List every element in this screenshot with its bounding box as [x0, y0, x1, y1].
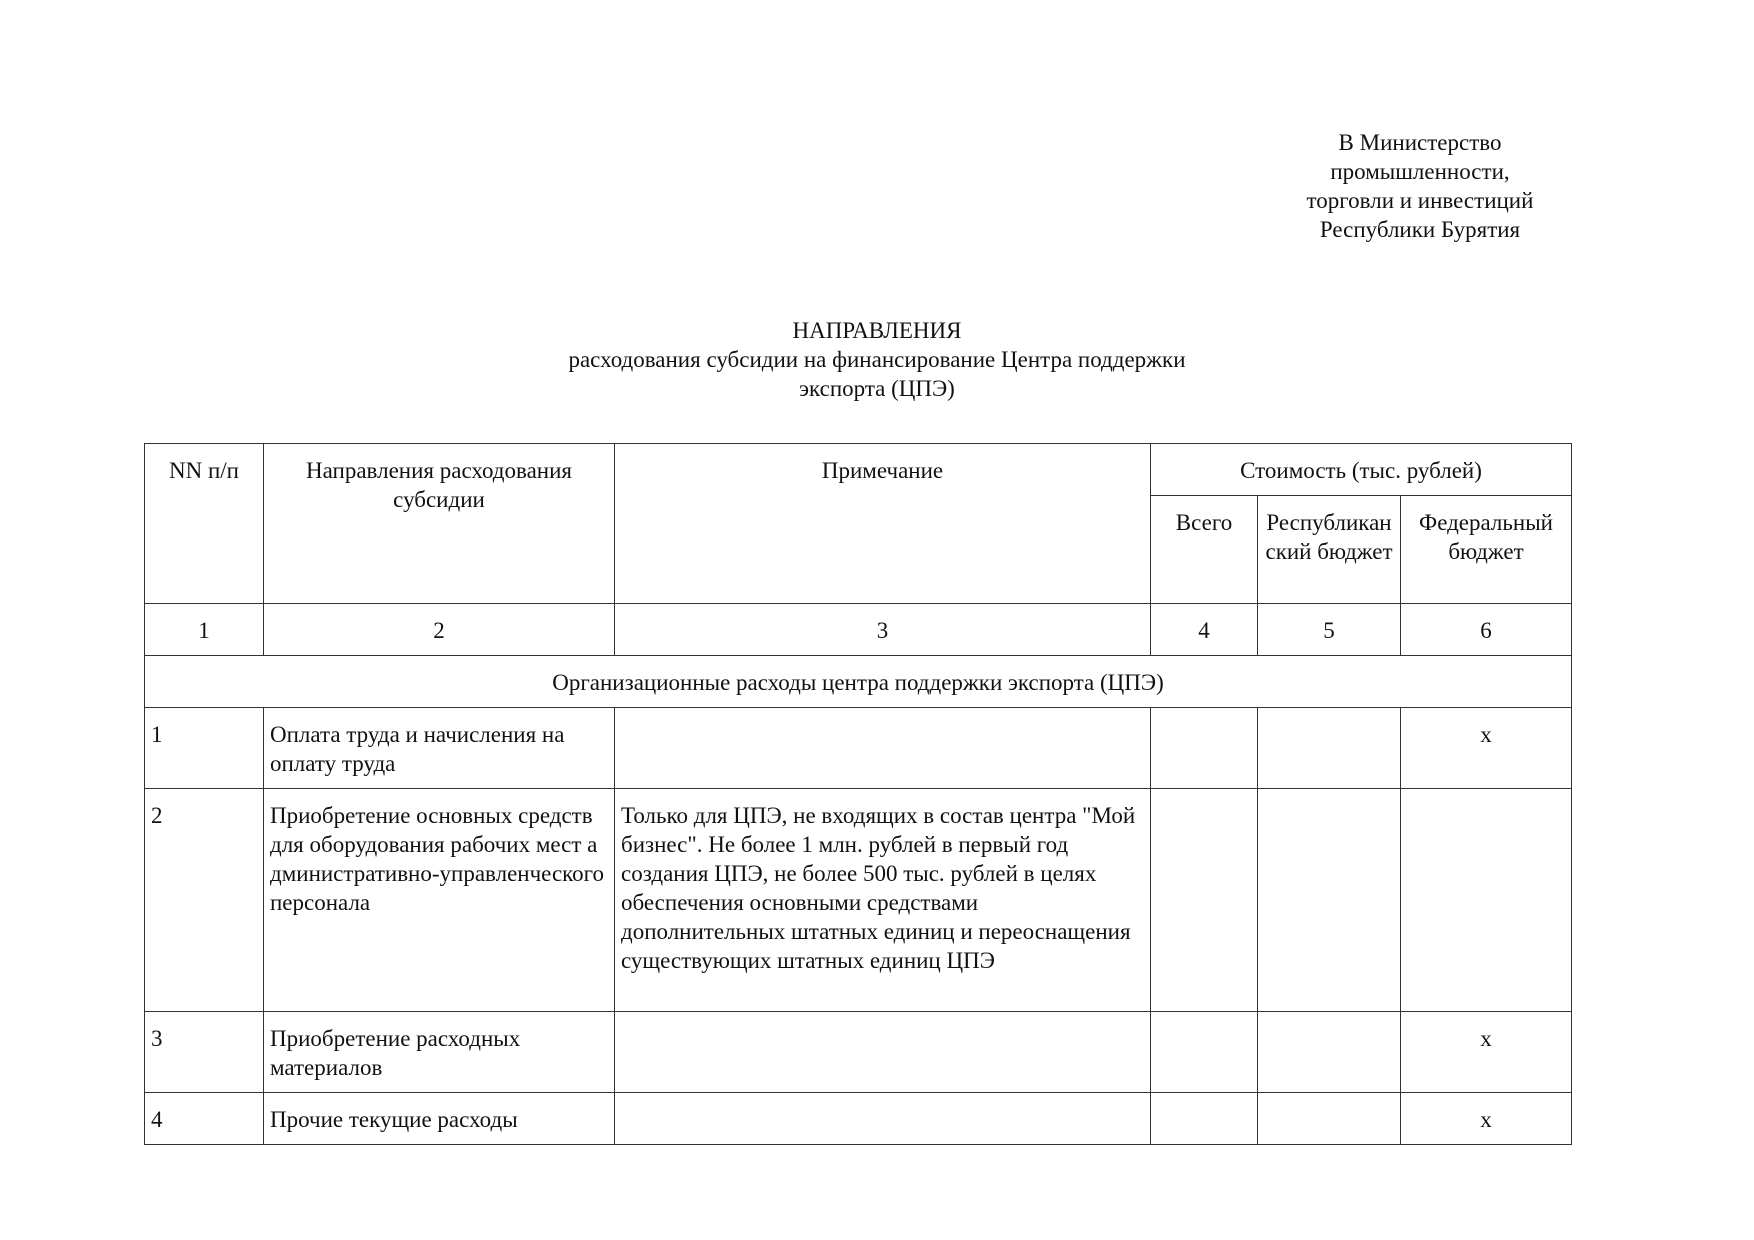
- title-subtitle-line-2: экспорта (ЦПЭ): [0, 374, 1754, 403]
- row-federal-budget: [1401, 789, 1572, 1012]
- header-row: NN п/п Направления расходования субсидии…: [145, 444, 1572, 496]
- table-row: 4 Прочие текущие расходы х: [145, 1093, 1572, 1145]
- row-total: [1151, 708, 1258, 789]
- row-federal-budget: х: [1401, 1093, 1572, 1145]
- title-heading: НАПРАВЛЕНИЯ: [0, 316, 1754, 345]
- row-direction: Приобретение основных средств для оборуд…: [264, 789, 615, 1012]
- column-number: 1: [145, 604, 264, 656]
- row-federal-budget: х: [1401, 1012, 1572, 1093]
- addressee-line: торговли и инвестиций: [1270, 186, 1570, 215]
- column-numbers-row: 1 2 3 4 5 6: [145, 604, 1572, 656]
- column-number: 5: [1258, 604, 1401, 656]
- row-republic-budget: [1258, 1093, 1401, 1145]
- row-republic-budget: [1258, 708, 1401, 789]
- addressee-block: В Министерство промышленности, торговли …: [1270, 128, 1570, 244]
- row-number: 2: [145, 789, 264, 1012]
- row-note: [615, 1093, 1151, 1145]
- row-number: 3: [145, 1012, 264, 1093]
- row-note: [615, 1012, 1151, 1093]
- section-title: Организационные расходы центра поддержки…: [145, 656, 1572, 708]
- header-total: Всего: [1151, 496, 1258, 604]
- row-direction: Прочие текущие расходы: [264, 1093, 615, 1145]
- table-row: 3 Приобретение расходных материалов х: [145, 1012, 1572, 1093]
- addressee-line: В Министерство: [1270, 128, 1570, 157]
- document-title: НАПРАВЛЕНИЯ расходования субсидии на фин…: [0, 316, 1754, 403]
- row-republic-budget: [1258, 1012, 1401, 1093]
- header-federal-budget: Федеральный бюджет: [1401, 496, 1572, 604]
- header-note: Примечание: [615, 444, 1151, 604]
- column-number: 4: [1151, 604, 1258, 656]
- row-direction: Оплата труда и начисления на оплату труд…: [264, 708, 615, 789]
- row-number: 1: [145, 708, 264, 789]
- row-total: [1151, 1093, 1258, 1145]
- header-cost-group: Стоимость (тыс. рублей): [1151, 444, 1572, 496]
- row-total: [1151, 789, 1258, 1012]
- row-note: Только для ЦПЭ, не входящих в состав цен…: [615, 789, 1151, 1012]
- column-number: 3: [615, 604, 1151, 656]
- row-republic-budget: [1258, 789, 1401, 1012]
- row-total: [1151, 1012, 1258, 1093]
- row-number: 4: [145, 1093, 264, 1145]
- row-federal-budget: х: [1401, 708, 1572, 789]
- header-direction: Направления расходования субсидии: [264, 444, 615, 604]
- row-note: [615, 708, 1151, 789]
- column-number: 6: [1401, 604, 1572, 656]
- expense-directions-table: NN п/п Направления расходования субсидии…: [144, 443, 1572, 1145]
- header-number: NN п/п: [145, 444, 264, 604]
- section-row: Организационные расходы центра поддержки…: [145, 656, 1572, 708]
- addressee-line: промышленности,: [1270, 157, 1570, 186]
- column-number: 2: [264, 604, 615, 656]
- table-row: 2 Приобретение основных средств для обор…: [145, 789, 1572, 1012]
- title-subtitle-line-1: расходования субсидии на финансирование …: [0, 345, 1754, 374]
- addressee-line: Республики Бурятия: [1270, 215, 1570, 244]
- header-republic-budget: Республиканский бюджет: [1258, 496, 1401, 604]
- table-row: 1 Оплата труда и начисления на оплату тр…: [145, 708, 1572, 789]
- row-direction: Приобретение расходных материалов: [264, 1012, 615, 1093]
